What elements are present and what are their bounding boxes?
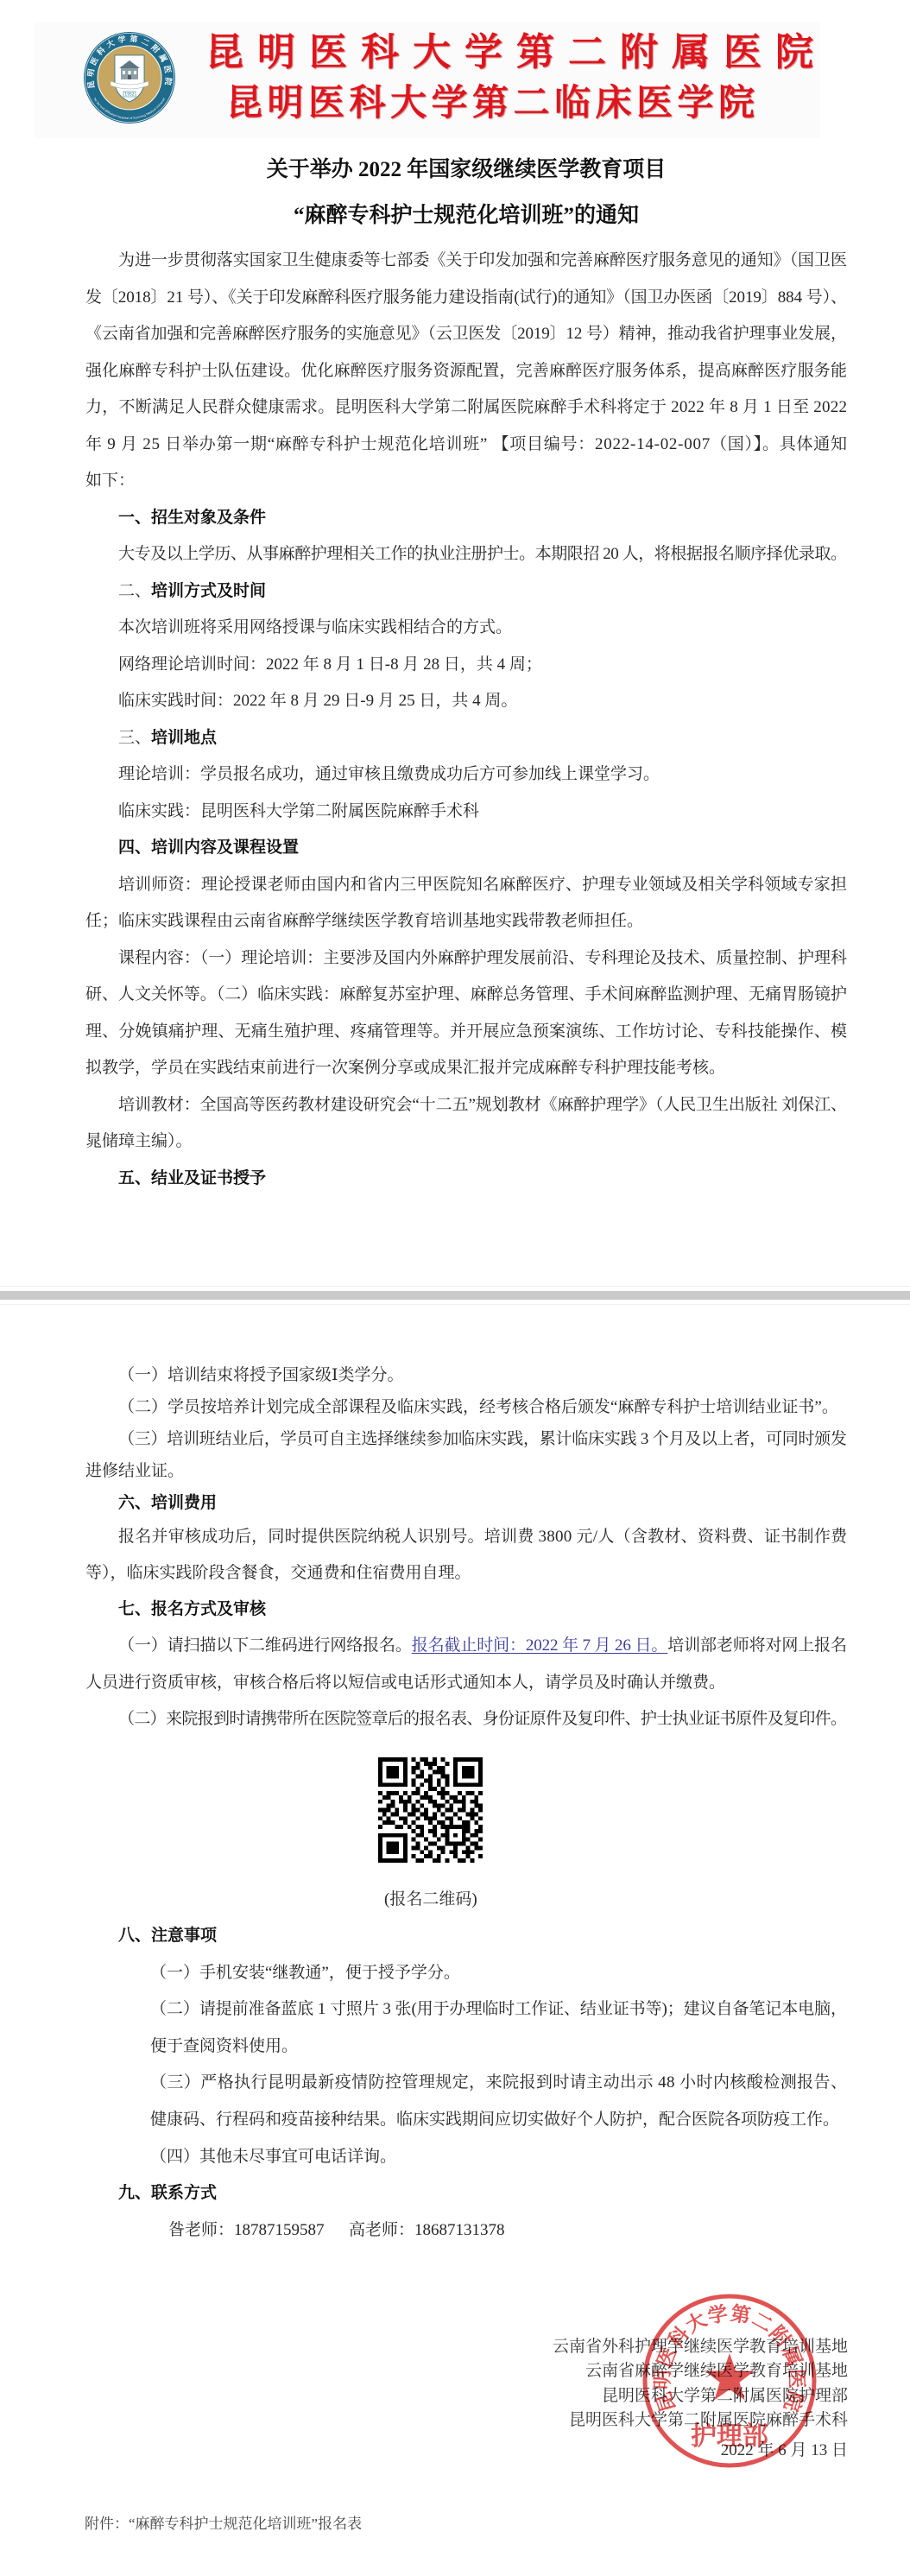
section-title: 培训内容及课程设置 bbox=[151, 839, 299, 857]
paragraph-line: （一）培训结束将授予国家级Ⅰ类学分。 bbox=[85, 1359, 847, 1391]
paragraph-line: 理论培训：学员报名成功，通过审核且缴费成功后方可参加线上课堂学习。 bbox=[85, 756, 847, 794]
section-title: 培训地点 bbox=[151, 729, 217, 747]
attachment-note: 附件：“麻醉专科护士规范化培训班”报名表 bbox=[85, 2511, 362, 2537]
section-heading: 八、注意事项 bbox=[85, 1918, 847, 1955]
section-heading: 五、结业及证书授予 bbox=[85, 1161, 847, 1198]
registration-deadline-link[interactable]: 报名截止时间：2022 年 7 月 26 日。 bbox=[412, 1636, 667, 1655]
page-separator-edge bbox=[0, 1304, 910, 1305]
page-separator-edge bbox=[0, 1286, 910, 1287]
contact-separator: ： bbox=[218, 2221, 234, 2239]
emblem-year: 1952 bbox=[124, 92, 134, 98]
paragraph-line: 如下： bbox=[85, 463, 847, 500]
seal-bottom-text: 护理部 bbox=[691, 2421, 768, 2451]
paragraph-line: 培训师资：理论授课老师由国内和省内三甲医院知名麻醉医疗、护理专业领域及相关学科领… bbox=[85, 867, 847, 904]
notice-item-line: 便于查阅资料使用。 bbox=[85, 2029, 847, 2066]
page-separator bbox=[0, 1291, 910, 1300]
paragraph-line: 课程内容：（一）理论培训：主要涉及国内外麻醉护理发展前沿、专科理论及技术、质量控… bbox=[85, 940, 847, 978]
paragraph-line: 理、分娩镇痛护理、无痛生殖护理、疼痛管理等。并开展应急预案演练、工作坊讨论、专科… bbox=[85, 1014, 847, 1051]
paragraph-line: 发〔2018〕21 号）、《关于印发麻醉科医疗服务能力建设指南(试行)的通知》（… bbox=[85, 280, 847, 317]
section-heading: 七、报名方式及审核 bbox=[85, 1592, 847, 1628]
paragraph-line: 等），临床实践阶段含餐食，交通费和住宿费用自理。 bbox=[85, 1555, 847, 1592]
paragraph-line: 研、人文关怀等。（二）临床实践：麻醉复苏室护理、麻醉总务管理、手术间麻醉监测护理… bbox=[85, 977, 847, 1014]
section-number: 八、 bbox=[118, 1927, 151, 1945]
notice-item-line: （四）其他未尽事宜可电话详询。 bbox=[85, 2139, 847, 2176]
qr-code-caption: (报名二维码) bbox=[85, 1882, 847, 1919]
text-segment: 培训部老师将对网上报名 bbox=[667, 1636, 847, 1655]
hospital-name: 昆明医科大学第二附属医院 bbox=[205, 27, 827, 79]
paragraph-line: 晁储璋主编）。 bbox=[85, 1123, 847, 1161]
section-number: 七、 bbox=[118, 1600, 151, 1618]
section-title: 联系方式 bbox=[151, 2184, 217, 2202]
section-title: 注意事项 bbox=[151, 1927, 217, 1945]
section-heading: 六、培训费用 bbox=[85, 1487, 847, 1519]
paragraph-line: （三）培训班结业后，学员可自主选择继续参加临床实践，累计临床实践 3 个月及以上… bbox=[85, 1423, 847, 1455]
paragraph-line: 本次培训班将采用网络授课与临床实践相结合的方式。 bbox=[85, 610, 847, 647]
registration-qr-code bbox=[378, 1757, 483, 1863]
text-segment: （一）请扫描以下二维码进行网络报名。 bbox=[118, 1636, 412, 1655]
contact-separator: ： bbox=[398, 2221, 414, 2239]
college-name: 昆明医科大学第二临床医学院 bbox=[226, 78, 760, 130]
paragraph-line: 拟教学，学员在实践结束前进行一次案例分享或成果汇报并完成麻醉专科护理技能考核。 bbox=[85, 1050, 847, 1087]
section-heading: 九、联系方式 bbox=[85, 2175, 847, 2212]
notice-title-line-1: 关于举办 2022 年国家级继续医学教育项目 bbox=[85, 153, 847, 187]
paragraph-line: 年 9 月 25 日举办第一期“麻醉专科护士规范化培训班” 【项目编号：2022… bbox=[85, 427, 847, 464]
paragraph-line: 力，不断满足人民群众健康需求。昆明医科大学第二附属医院麻醉手术科将定于 2022… bbox=[85, 389, 847, 427]
contact-phone: 18687131378 bbox=[414, 2221, 505, 2239]
notice-body-page-2: （一）培训结束将授予国家级Ⅰ类学分。 （二）学员按培养计划完成全部课程及临床实践… bbox=[85, 1359, 847, 1738]
contact-list: 昝老师：18787159587高老师：18687131378 bbox=[85, 2212, 847, 2250]
section-heading: 三、培训地点 bbox=[85, 720, 847, 757]
section-number: 六、 bbox=[118, 1494, 151, 1512]
official-seal-icon: 昆明医科大学第二附属医院 护理部 bbox=[641, 2293, 818, 2469]
paragraph-line: 报名并审核成功后，同时提供医院纳税人识别号。培训费 3800 元/人（含教材、资… bbox=[85, 1519, 847, 1555]
section-number: 一、 bbox=[118, 509, 151, 527]
hospital-emblem-icon: 1952 昆明医科大学第二附属医院 The Second Affiliated … bbox=[83, 31, 176, 124]
notice-item-line: 健康码、行程码和疫苗接种结果。临床实践期间应切实做好个人防护，配合医院各项防疫工… bbox=[85, 2102, 847, 2139]
paragraph-line: （二）来院报到时请携带所在医院签章后的报名表、身份证原件及复印件、护士执业证书原… bbox=[85, 1701, 847, 1737]
section-title: 结业及证书授予 bbox=[151, 1169, 266, 1187]
paragraph-line: （二）学员按培养计划完成全部课程及临床实践，经考核合格后颁发“麻醉专科护士培训结… bbox=[85, 1391, 847, 1423]
paragraph-line: 人员进行资质审核，审核合格后将以短信或电话形式通知本人，请学员及时确认并缴费。 bbox=[85, 1665, 847, 1701]
section-number: 五、 bbox=[118, 1169, 151, 1187]
contact-name: 昝老师 bbox=[168, 2221, 218, 2239]
section-heading: 二、培训方式及时间 bbox=[85, 573, 847, 611]
section-number: 三、 bbox=[118, 729, 151, 747]
notice-body-page-1: 为进一步贯彻落实国家卫生健康委等七部委《关于印发加强和完善麻醉医疗服务意见的通知… bbox=[85, 243, 847, 1197]
paragraph-line: 强化麻醉专科护士队伍建设。优化麻醉医疗服务资源配置，完善麻醉医疗服务体系，提高麻… bbox=[85, 353, 847, 390]
paragraph-line: 为进一步贯彻落实国家卫生健康委等七部委《关于印发加强和完善麻醉医疗服务意见的通知… bbox=[85, 243, 847, 280]
section-number: 四、 bbox=[118, 839, 151, 857]
section-title: 报名方式及审核 bbox=[151, 1600, 266, 1618]
contact-entry: 昝老师：18787159587 bbox=[168, 2212, 349, 2250]
section-heading: 四、培训内容及课程设置 bbox=[85, 830, 847, 867]
section-heading: 一、招生对象及条件 bbox=[85, 500, 847, 537]
section-title: 培训费用 bbox=[151, 1494, 217, 1512]
notice-title-line-2: “麻醉专科护士规范化培训班”的通知 bbox=[85, 199, 847, 233]
paragraph-line: 临床实践：昆明医科大学第二附属医院麻醉手术科 bbox=[85, 794, 847, 831]
star-icon bbox=[705, 2353, 755, 2400]
paragraph-line: 任；临床实践课程由云南省麻醉学继续医学教育培训基地实践带教老师担任。 bbox=[85, 903, 847, 940]
contact-entry: 高老师：18687131378 bbox=[349, 2221, 505, 2239]
paragraph-line: 临床实践时间：2022 年 8 月 29 日-9 月 25 日，共 4 周。 bbox=[85, 683, 847, 720]
notice-item-line: （三）严格执行昆明最新疫情防控管理规定，来院报到时请主动出示 48 小时内核酸检… bbox=[85, 2065, 847, 2102]
section-title: 招生对象及条件 bbox=[151, 509, 266, 527]
contact-phone: 18787159587 bbox=[234, 2221, 325, 2239]
notice-body-page-2-lower: (报名二维码) 八、注意事项 （一）手机安装“继教通”，便于授予学分。 （二）请… bbox=[85, 1882, 847, 2249]
paragraph-line: 大专及以上学历、从事麻醉护理相关工作的执业注册护士。本期限招 20 人，将根据报… bbox=[85, 536, 847, 573]
paragraph-line: （一）请扫描以下二维码进行网络报名。报名截止时间：2022 年 7 月 26 日… bbox=[85, 1628, 847, 1664]
notice-item-line: （二）请提前准备蓝底 1 寸照片 3 张(用于办理临时工作证、结业证书等)；建议… bbox=[85, 1991, 847, 2029]
paragraph-line: 培训教材：全国高等医药教材建设研究会“十二五”规划教材《麻醉护理学》（人民卫生出… bbox=[85, 1087, 847, 1124]
paragraph-line: 网络理论培训时间：2022 年 8 月 1 日-8 月 28 日，共 4 周； bbox=[85, 647, 847, 684]
paragraph-line: 《云南省加强和完善麻醉医疗服务的实施意见》（云卫医发〔2019〕12 号）精神，… bbox=[85, 316, 847, 353]
notice-item-line: （一）手机安装“继教通”，便于授予学分。 bbox=[85, 1955, 847, 1992]
contact-name: 高老师 bbox=[349, 2221, 398, 2239]
section-title: 培训方式及时间 bbox=[151, 582, 266, 600]
section-number: 二、 bbox=[118, 582, 151, 600]
section-number: 九、 bbox=[118, 2184, 151, 2202]
paragraph-line: 进修结业证。 bbox=[85, 1455, 847, 1487]
